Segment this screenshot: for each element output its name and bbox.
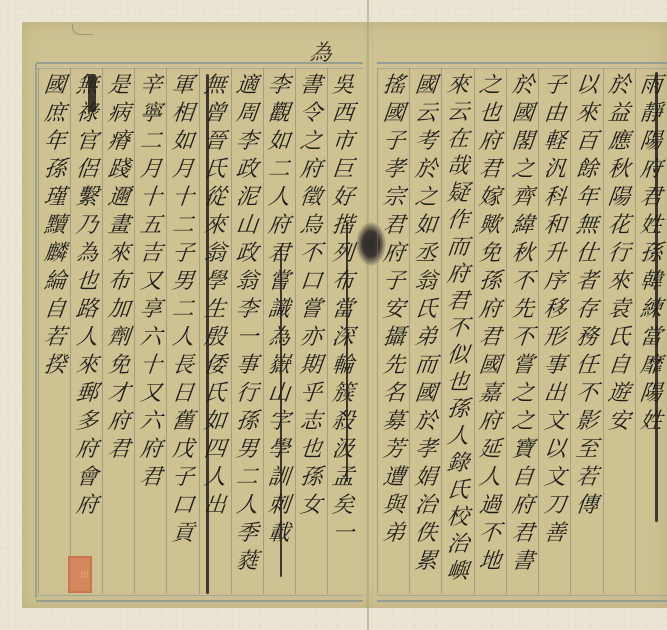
deletion-blot xyxy=(88,74,96,112)
character: 如 xyxy=(413,212,438,240)
character: 國 xyxy=(478,352,503,380)
character: 名 xyxy=(381,380,406,408)
character: 矣 xyxy=(331,492,356,520)
character: 陽 xyxy=(639,380,664,408)
character: 乎 xyxy=(299,380,324,408)
character: 若 xyxy=(574,464,599,492)
character: 氏 xyxy=(413,296,438,324)
character: 又 xyxy=(138,268,163,296)
character: 揆 xyxy=(42,352,67,380)
character: 孫 xyxy=(639,240,664,268)
character: 出 xyxy=(542,380,567,408)
character: 踐 xyxy=(106,156,131,184)
character: 不 xyxy=(478,520,503,548)
character: 之 xyxy=(478,72,503,100)
character: 西 xyxy=(331,100,356,128)
character: 府 xyxy=(74,436,99,464)
character: 府 xyxy=(106,408,131,436)
character: 至 xyxy=(574,436,599,464)
deletion-stroke xyxy=(655,72,658,522)
character: 芳 xyxy=(381,436,406,464)
character: 免 xyxy=(478,240,503,268)
character: 翁 xyxy=(413,268,438,296)
seal-text: 印 xyxy=(71,559,89,590)
character: 錄 xyxy=(446,450,471,477)
character: 不 xyxy=(446,315,471,342)
character: 吉 xyxy=(138,240,163,268)
character: 志 xyxy=(299,408,324,436)
character: 國 xyxy=(381,100,406,128)
character: 攝 xyxy=(381,324,406,352)
character: 君 xyxy=(478,324,503,352)
character: 女 xyxy=(299,492,324,520)
character: 一 xyxy=(235,324,260,352)
character: 之 xyxy=(299,128,324,156)
character: 口 xyxy=(299,268,324,296)
character: 君 xyxy=(510,520,535,548)
character: 也 xyxy=(446,369,471,396)
character: 六 xyxy=(138,408,163,436)
text-column: 於益應秋陽花行來袁氏自遊安 xyxy=(603,68,635,594)
character: 餘 xyxy=(574,156,599,184)
character: 嘗 xyxy=(510,352,535,380)
text-column: 之也府君嫁歟免孫府君國嘉府延人過不地 xyxy=(474,68,506,594)
character: 二 xyxy=(138,128,163,156)
character: 孝 xyxy=(413,436,438,464)
character: 來 xyxy=(74,352,99,380)
character: 子 xyxy=(542,72,567,100)
character: 如 xyxy=(267,128,292,156)
character: 靜 xyxy=(639,100,664,128)
character: 不 xyxy=(574,380,599,408)
character: 序 xyxy=(542,268,567,296)
character: 練 xyxy=(639,296,664,324)
character: 吳 xyxy=(331,72,356,100)
character: 揩 xyxy=(331,212,356,240)
character: 存 xyxy=(574,296,599,324)
bottom-rule xyxy=(36,595,363,602)
character: 人 xyxy=(235,492,260,520)
character: 寶 xyxy=(510,436,535,464)
character: 君 xyxy=(138,464,163,492)
character: 徵 xyxy=(299,184,324,212)
character: 而 xyxy=(413,352,438,380)
red-seal: 印 xyxy=(68,556,92,593)
character: 翁 xyxy=(235,268,260,296)
text-column: 國云考於之如丞翁氏弟而國於孝娟治佚累 xyxy=(409,68,441,594)
text-column: 以來百餘年無仕者存務任不影至若傳 xyxy=(570,68,602,594)
character: 先 xyxy=(510,296,535,324)
bottom-rule xyxy=(377,595,667,602)
character: 花 xyxy=(607,212,632,240)
character: 路 xyxy=(74,296,99,324)
character: 辛 xyxy=(138,72,163,100)
character: 於 xyxy=(413,156,438,184)
character: 嘉 xyxy=(478,380,503,408)
character: 益 xyxy=(607,100,632,128)
character: 十 xyxy=(170,184,195,212)
character: 府 xyxy=(478,408,503,436)
character: 閣 xyxy=(510,128,535,156)
character: 文 xyxy=(542,408,567,436)
character: 者 xyxy=(574,268,599,296)
character: 當 xyxy=(331,296,356,324)
character: 行 xyxy=(235,380,260,408)
character: 似 xyxy=(446,342,471,369)
character: 孝 xyxy=(381,156,406,184)
character: 人 xyxy=(74,324,99,352)
character: 氏 xyxy=(446,477,471,504)
character: 搖 xyxy=(381,72,406,100)
character: 烏 xyxy=(299,212,324,240)
character: 娟 xyxy=(413,464,438,492)
character: 在 xyxy=(446,126,471,153)
character: 齊 xyxy=(510,184,535,212)
character: 官 xyxy=(74,128,99,156)
character: 又 xyxy=(138,380,163,408)
character: 季 xyxy=(235,520,260,548)
character: 府 xyxy=(267,212,292,240)
right-columns: 雨靜陽府君姓孫韓練當靡陽姓於益應秋陽花行來袁氏自遊安以來百餘年無仕者存務任不影至… xyxy=(377,68,667,594)
character: 弟 xyxy=(413,324,438,352)
character: 君 xyxy=(381,212,406,240)
character: 軍 xyxy=(170,72,195,100)
character: 治 xyxy=(413,492,438,520)
character: 劑 xyxy=(106,324,131,352)
character: 殺 xyxy=(331,408,356,436)
character: 歟 xyxy=(478,212,503,240)
character: 男 xyxy=(170,268,195,296)
character: 為 xyxy=(74,240,99,268)
character: 姓 xyxy=(639,408,664,436)
left-columns: 吳西市巨好揩列布當深輪簇殺汲孟矣一書令之府徵烏不口嘗亦期乎志也孫女李觀如二人府君… xyxy=(38,68,359,594)
character: 二 xyxy=(235,464,260,492)
character: 孫 xyxy=(42,156,67,184)
character: 人 xyxy=(267,184,292,212)
character: 汎 xyxy=(542,156,567,184)
character: 月 xyxy=(138,156,163,184)
text-column: 無祿官侶繫乃為也路人來郵多府會府 xyxy=(70,68,102,594)
character: 延 xyxy=(478,436,503,464)
character: 秋 xyxy=(607,156,632,184)
character: 亦 xyxy=(299,324,324,352)
character: 瑾 xyxy=(42,184,67,212)
character: 哉 xyxy=(446,153,471,180)
character: 才 xyxy=(106,380,131,408)
character: 孫 xyxy=(235,408,260,436)
character: 府 xyxy=(639,156,664,184)
character: 如 xyxy=(170,128,195,156)
character: 郵 xyxy=(74,380,99,408)
character: 二 xyxy=(170,296,195,324)
character: 府 xyxy=(510,492,535,520)
character: 府 xyxy=(299,156,324,184)
character: 由 xyxy=(542,100,567,128)
character: 之 xyxy=(510,408,535,436)
character: 府 xyxy=(446,261,471,288)
character: 佚 xyxy=(413,520,438,548)
character: 貢 xyxy=(170,520,195,548)
character: 宗 xyxy=(381,184,406,212)
character: 以 xyxy=(542,436,567,464)
character: 和 xyxy=(542,212,567,240)
character: 李 xyxy=(267,72,292,100)
character: 好 xyxy=(331,184,356,212)
character: 舊 xyxy=(170,408,195,436)
character: 日 xyxy=(170,380,195,408)
text-column: 是病瘠踐邇畫來布加劑免才府君 xyxy=(102,68,134,594)
character: 府 xyxy=(478,296,503,324)
character: 李 xyxy=(235,128,260,156)
character: 疑 xyxy=(446,180,471,207)
text-column: 無曾晉氏從來翁學生殷倭氏如四人出 xyxy=(199,68,231,594)
deletion-stroke xyxy=(346,222,348,482)
character: 過 xyxy=(478,492,503,520)
character: 適 xyxy=(235,72,260,100)
character: 畫 xyxy=(106,212,131,240)
character: 刀 xyxy=(542,492,567,520)
character: 丞 xyxy=(413,240,438,268)
text-column: 吳西市巨好揩列布當深輪簇殺汲孟矣一 xyxy=(327,68,359,594)
character: 嶼 xyxy=(446,558,471,585)
character: 國 xyxy=(42,72,67,100)
character: 五 xyxy=(138,212,163,240)
character: 嫁 xyxy=(478,184,503,212)
character: 云 xyxy=(413,100,438,128)
right-page: 雨靜陽府君姓孫韓練當靡陽姓於益應秋陽花行來袁氏自遊安以來百餘年無仕者存務任不影至… xyxy=(369,22,667,608)
character: 氏 xyxy=(607,324,632,352)
character: 六 xyxy=(138,324,163,352)
character: 輪 xyxy=(331,352,356,380)
character: 侶 xyxy=(74,156,99,184)
character: 考 xyxy=(413,128,438,156)
character: 府 xyxy=(138,436,163,464)
character: 弟 xyxy=(381,520,406,548)
character: 周 xyxy=(235,100,260,128)
character: 相 xyxy=(170,100,195,128)
character: 市 xyxy=(331,128,356,156)
character: 布 xyxy=(106,268,131,296)
character: 二 xyxy=(170,212,195,240)
character: 募 xyxy=(381,408,406,436)
character: 庶 xyxy=(42,100,67,128)
character: 不 xyxy=(510,268,535,296)
character: 自 xyxy=(607,352,632,380)
character: 形 xyxy=(542,324,567,352)
character: 以 xyxy=(574,72,599,100)
character: 仕 xyxy=(574,240,599,268)
character: 之 xyxy=(510,156,535,184)
text-column: 於國閣之齊緯秋不先不嘗之之寶自府君書 xyxy=(506,68,538,594)
character: 陽 xyxy=(639,128,664,156)
character: 二 xyxy=(267,156,292,184)
character: 府 xyxy=(381,240,406,268)
character: 升 xyxy=(542,240,567,268)
text-column: 來云在哉疑作而府君不似也孫人錄氏校治嶼 xyxy=(441,68,473,594)
character: 享 xyxy=(138,296,163,324)
character: 簇 xyxy=(331,380,356,408)
character: 月 xyxy=(170,156,195,184)
character: 孟 xyxy=(331,464,356,492)
text-column: 搖國子孝宗君府子安攝先名募芳遭與弟 xyxy=(377,68,409,594)
character: 任 xyxy=(574,352,599,380)
character: 十 xyxy=(138,352,163,380)
character: 人 xyxy=(446,423,471,450)
character: 政 xyxy=(235,156,260,184)
character: 影 xyxy=(574,408,599,436)
character: 之 xyxy=(510,380,535,408)
character: 免 xyxy=(106,352,131,380)
character: 書 xyxy=(299,72,324,100)
character: 觀 xyxy=(267,100,292,128)
character: 地 xyxy=(478,548,503,576)
character: 李 xyxy=(235,296,260,324)
character: 也 xyxy=(478,100,503,128)
character: 汲 xyxy=(331,436,356,464)
character: 靡 xyxy=(639,352,664,380)
character: 自 xyxy=(42,296,67,324)
character: 若 xyxy=(42,324,67,352)
character: 繫 xyxy=(74,184,99,212)
character: 安 xyxy=(381,296,406,324)
character: 當 xyxy=(639,324,664,352)
character: 百 xyxy=(574,128,599,156)
character: 孫 xyxy=(446,396,471,423)
manuscript-sheet: 為 吳西市巨好揩列布當深輪簇殺汲孟矣一書令之府徵烏不口嘗亦期乎志也孫女李觀如二人… xyxy=(22,22,667,608)
character: 戊 xyxy=(170,436,195,464)
character: 君 xyxy=(478,156,503,184)
character: 來 xyxy=(106,240,131,268)
character: 袁 xyxy=(607,296,632,324)
character: 校 xyxy=(446,504,471,531)
character: 口 xyxy=(170,492,195,520)
character: 邇 xyxy=(106,184,131,212)
character: 府 xyxy=(74,492,99,520)
character: 也 xyxy=(299,436,324,464)
character: 長 xyxy=(170,352,195,380)
character: 人 xyxy=(170,324,195,352)
character: 安 xyxy=(607,408,632,436)
character: 孫 xyxy=(299,464,324,492)
character: 子 xyxy=(381,268,406,296)
character: 遭 xyxy=(381,464,406,492)
character: 政 xyxy=(235,240,260,268)
character: 而 xyxy=(446,234,471,261)
character: 年 xyxy=(42,128,67,156)
character: 書 xyxy=(510,548,535,576)
character: 嘗 xyxy=(299,296,324,324)
character: 是 xyxy=(106,72,131,100)
character: 也 xyxy=(74,268,99,296)
character: 乃 xyxy=(74,212,99,240)
character: 子 xyxy=(381,128,406,156)
text-column: 辛寧二月十五吉又享六十又六府君 xyxy=(134,68,166,594)
character: 於 xyxy=(510,72,535,100)
character: 與 xyxy=(381,492,406,520)
character: 孫 xyxy=(478,268,503,296)
character: 於 xyxy=(607,72,632,100)
character: 不 xyxy=(299,240,324,268)
character: 病 xyxy=(106,100,131,128)
character: 務 xyxy=(574,324,599,352)
character: 布 xyxy=(331,268,356,296)
character: 之 xyxy=(413,184,438,212)
character: 加 xyxy=(106,296,131,324)
character: 麟 xyxy=(42,240,67,268)
character: 無 xyxy=(574,212,599,240)
character: 治 xyxy=(446,531,471,558)
character: 傳 xyxy=(574,492,599,520)
text-column: 軍相如月十二子男二人長日舊戊子口貢 xyxy=(166,68,198,594)
character: 陽 xyxy=(607,184,632,212)
character: 韓 xyxy=(639,268,664,296)
character: 不 xyxy=(510,324,535,352)
character: 府 xyxy=(478,128,503,156)
character: 善 xyxy=(542,520,567,548)
character: 云 xyxy=(446,99,471,126)
character: 於 xyxy=(413,408,438,436)
character: 子 xyxy=(170,240,195,268)
deletion-stroke xyxy=(280,247,282,577)
character: 作 xyxy=(446,207,471,234)
character: 十 xyxy=(138,184,163,212)
character: 來 xyxy=(607,268,632,296)
character: 巨 xyxy=(331,156,356,184)
character: 君 xyxy=(639,184,664,212)
character: 國 xyxy=(510,100,535,128)
character: 先 xyxy=(381,352,406,380)
character: 移 xyxy=(542,296,567,324)
character: 山 xyxy=(235,212,260,240)
character: 姓 xyxy=(639,212,664,240)
character: 事 xyxy=(542,352,567,380)
character: 年 xyxy=(574,184,599,212)
character: 令 xyxy=(299,100,324,128)
character: 綸 xyxy=(42,268,67,296)
text-column: 書令之府徵烏不口嘗亦期乎志也孫女 xyxy=(295,68,327,594)
character: 文 xyxy=(542,464,567,492)
character: 行 xyxy=(607,240,632,268)
deletion-stroke xyxy=(206,74,209,594)
character: 列 xyxy=(331,240,356,268)
character: 來 xyxy=(574,100,599,128)
character: 會 xyxy=(74,464,99,492)
character: 應 xyxy=(607,128,632,156)
character: 君 xyxy=(106,436,131,464)
character: 事 xyxy=(235,352,260,380)
character: 來 xyxy=(446,72,471,99)
character: 蕤 xyxy=(235,548,260,576)
character: 雨 xyxy=(639,72,664,100)
character: 子 xyxy=(170,464,195,492)
character: 男 xyxy=(235,436,260,464)
text-column: 雨靜陽府君姓孫韓練當靡陽姓 xyxy=(635,68,667,594)
character: 科 xyxy=(542,184,567,212)
character: 遊 xyxy=(607,380,632,408)
character: 泥 xyxy=(235,184,260,212)
character: 自 xyxy=(510,464,535,492)
character: 國 xyxy=(413,72,438,100)
character: 軽 xyxy=(542,128,567,156)
character: 人 xyxy=(478,464,503,492)
character: 深 xyxy=(331,324,356,352)
character: 期 xyxy=(299,352,324,380)
text-column: 子由軽汎科和升序移形事出文以文刀善 xyxy=(538,68,570,594)
character: 多 xyxy=(74,408,99,436)
character: 寧 xyxy=(138,100,163,128)
character: 國 xyxy=(413,380,438,408)
character: 黷 xyxy=(42,212,67,240)
